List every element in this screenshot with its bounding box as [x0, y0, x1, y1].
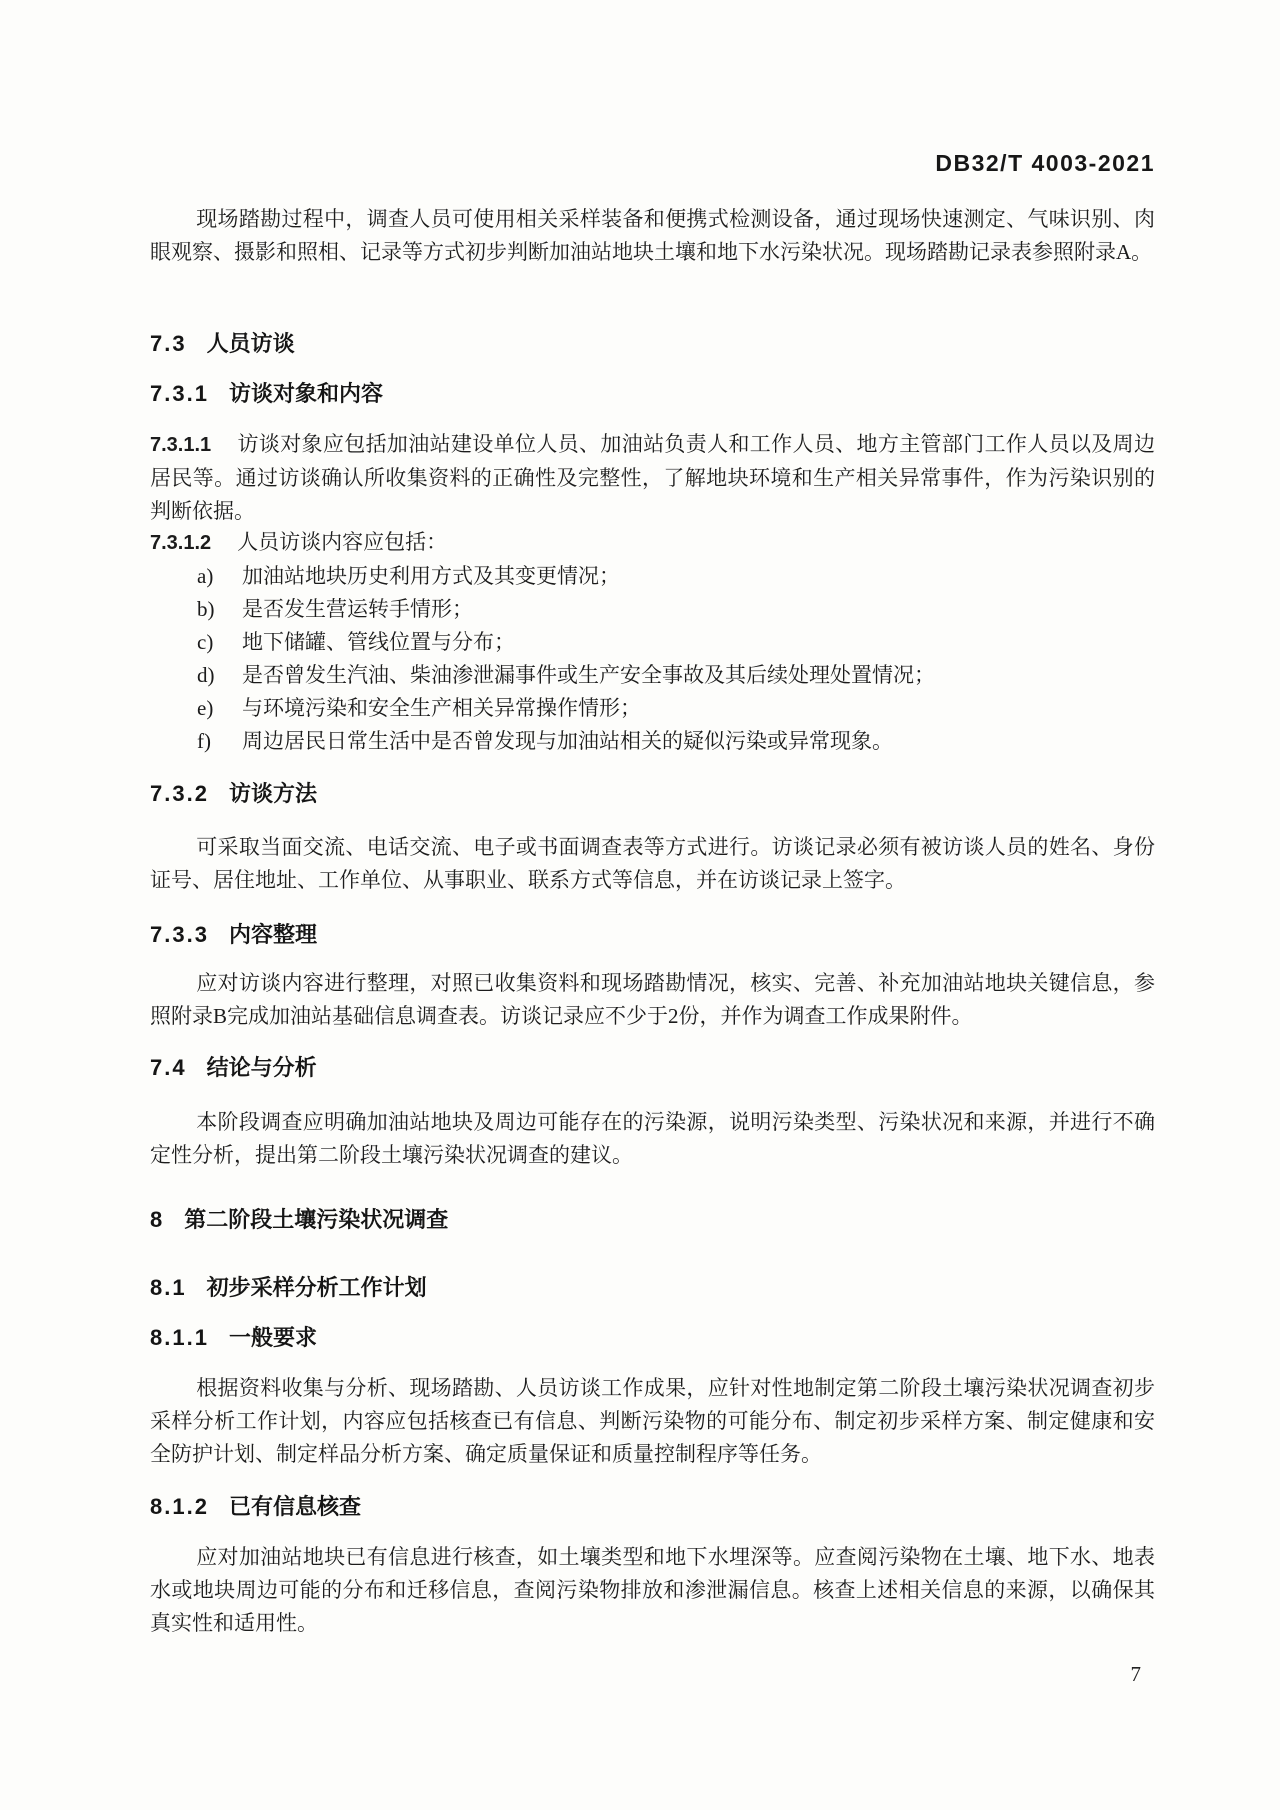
section-7-3-3-paragraph: 应对访谈内容进行整理，对照已收集资料和现场踏勘情况，核实、完善、补充加油站地块关… [150, 967, 1155, 1033]
list-marker: c) [197, 626, 242, 659]
section-8-1-2-paragraph: 应对加油站地块已有信息进行核查，如土壤类型和地下水埋深等。应查阅污染物在土壤、地… [150, 1541, 1155, 1640]
section-title: 结论与分析 [207, 1055, 317, 1080]
section-title: 内容整理 [229, 922, 317, 947]
section-heading-7-3: 7.3人员访谈 [150, 330, 1155, 358]
list-marker: a) [197, 560, 242, 593]
list-marker: d) [197, 659, 242, 692]
clause-text: 人员访谈内容应包括： [237, 530, 447, 554]
clause-text: 访谈对象应包括加油站建设单位人员、加油站负责人和工作人员、地方主管部门工作人员以… [150, 432, 1155, 523]
clause-number: 7.3.1.1 [150, 434, 211, 456]
section-number: 7.3.2 [150, 781, 209, 806]
document-page: DB32/T 4003-2021 现场踏勘过程中，调查人员可使用相关采样装备和便… [0, 0, 1280, 1810]
list-item-text: 是否曾发生汽油、柴油渗泄漏事件或生产安全事故及其后续处理处置情况； [242, 659, 1155, 692]
section-title: 访谈对象和内容 [229, 381, 383, 406]
list-item-text: 地下储罐、管线位置与分布； [242, 626, 1155, 659]
section-title: 人员访谈 [207, 331, 295, 356]
section-heading-8-1: 8.1初步采样分析工作计划 [150, 1274, 1155, 1302]
intro-paragraph: 现场踏勘过程中，调查人员可使用相关采样装备和便携式检测设备，通过现场快速测定、气… [150, 203, 1155, 269]
section-number: 7.3.1 [150, 381, 209, 406]
section-heading-7-3-3: 7.3.3内容整理 [150, 921, 1155, 949]
list-item: f) 周边居民日常生活中是否曾发现与加油站相关的疑似污染或异常现象。 [150, 725, 1155, 758]
section-title: 已有信息核查 [229, 1494, 361, 1519]
chapter-heading-8: 8第二阶段土壤污染状况调查 [150, 1206, 1155, 1234]
section-title: 一般要求 [229, 1325, 317, 1350]
page-number: 7 [150, 1662, 1155, 1687]
chapter-number: 8 [150, 1207, 164, 1232]
clause-number: 7.3.1.2 [150, 532, 211, 554]
section-8-1-1-paragraph: 根据资料收集与分析、现场踏勘、人员访谈工作成果，应针对性地制定第二阶段土壤污染状… [150, 1372, 1155, 1471]
doc-number: DB32/T 4003-2021 [150, 150, 1155, 177]
list-item: a) 加油站地块历史利用方式及其变更情况； [150, 560, 1155, 593]
list-marker: b) [197, 593, 242, 626]
section-heading-7-3-1: 7.3.1访谈对象和内容 [150, 380, 1155, 408]
section-number: 8.1 [150, 1275, 187, 1300]
list-item: d) 是否曾发生汽油、柴油渗泄漏事件或生产安全事故及其后续处理处置情况； [150, 659, 1155, 692]
section-number: 8.1.2 [150, 1494, 209, 1519]
list-marker: e) [197, 692, 242, 725]
section-heading-7-4: 7.4结论与分析 [150, 1054, 1155, 1082]
list-item: c) 地下储罐、管线位置与分布； [150, 626, 1155, 659]
section-heading-7-3-2: 7.3.2访谈方法 [150, 780, 1155, 808]
list-item-text: 周边居民日常生活中是否曾发现与加油站相关的疑似污染或异常现象。 [242, 725, 1155, 758]
section-number: 7.4 [150, 1055, 187, 1080]
section-7-3-2-paragraph: 可采取当面交流、电话交流、电子或书面调查表等方式进行。访谈记录必须有被访谈人员的… [150, 831, 1155, 897]
list-item: e) 与环境污染和安全生产相关异常操作情形； [150, 692, 1155, 725]
section-heading-8-1-1: 8.1.1一般要求 [150, 1324, 1155, 1352]
section-number: 8.1.1 [150, 1325, 209, 1350]
list-item: b) 是否发生营运转手情形； [150, 593, 1155, 626]
section-title: 访谈方法 [229, 781, 317, 806]
section-title: 初步采样分析工作计划 [207, 1275, 427, 1300]
list-marker: f) [197, 725, 242, 758]
clause-7-3-1-2: 7.3.1.2人员访谈内容应包括： [150, 526, 1155, 560]
list-item-text: 加油站地块历史利用方式及其变更情况； [242, 560, 1155, 593]
interview-content-list: a) 加油站地块历史利用方式及其变更情况； b) 是否发生营运转手情形； c) … [150, 560, 1155, 758]
section-number: 7.3.3 [150, 922, 209, 947]
chapter-title: 第二阶段土壤污染状况调查 [184, 1207, 448, 1232]
section-number: 7.3 [150, 331, 187, 356]
section-7-4-paragraph: 本阶段调查应明确加油站地块及周边可能存在的污染源，说明污染类型、污染状况和来源，… [150, 1106, 1155, 1172]
section-heading-8-1-2: 8.1.2已有信息核查 [150, 1493, 1155, 1521]
list-item-text: 与环境污染和安全生产相关异常操作情形； [242, 692, 1155, 725]
clause-7-3-1-1: 7.3.1.1访谈对象应包括加油站建设单位人员、加油站负责人和工作人员、地方主管… [150, 428, 1155, 528]
list-item-text: 是否发生营运转手情形； [242, 593, 1155, 626]
